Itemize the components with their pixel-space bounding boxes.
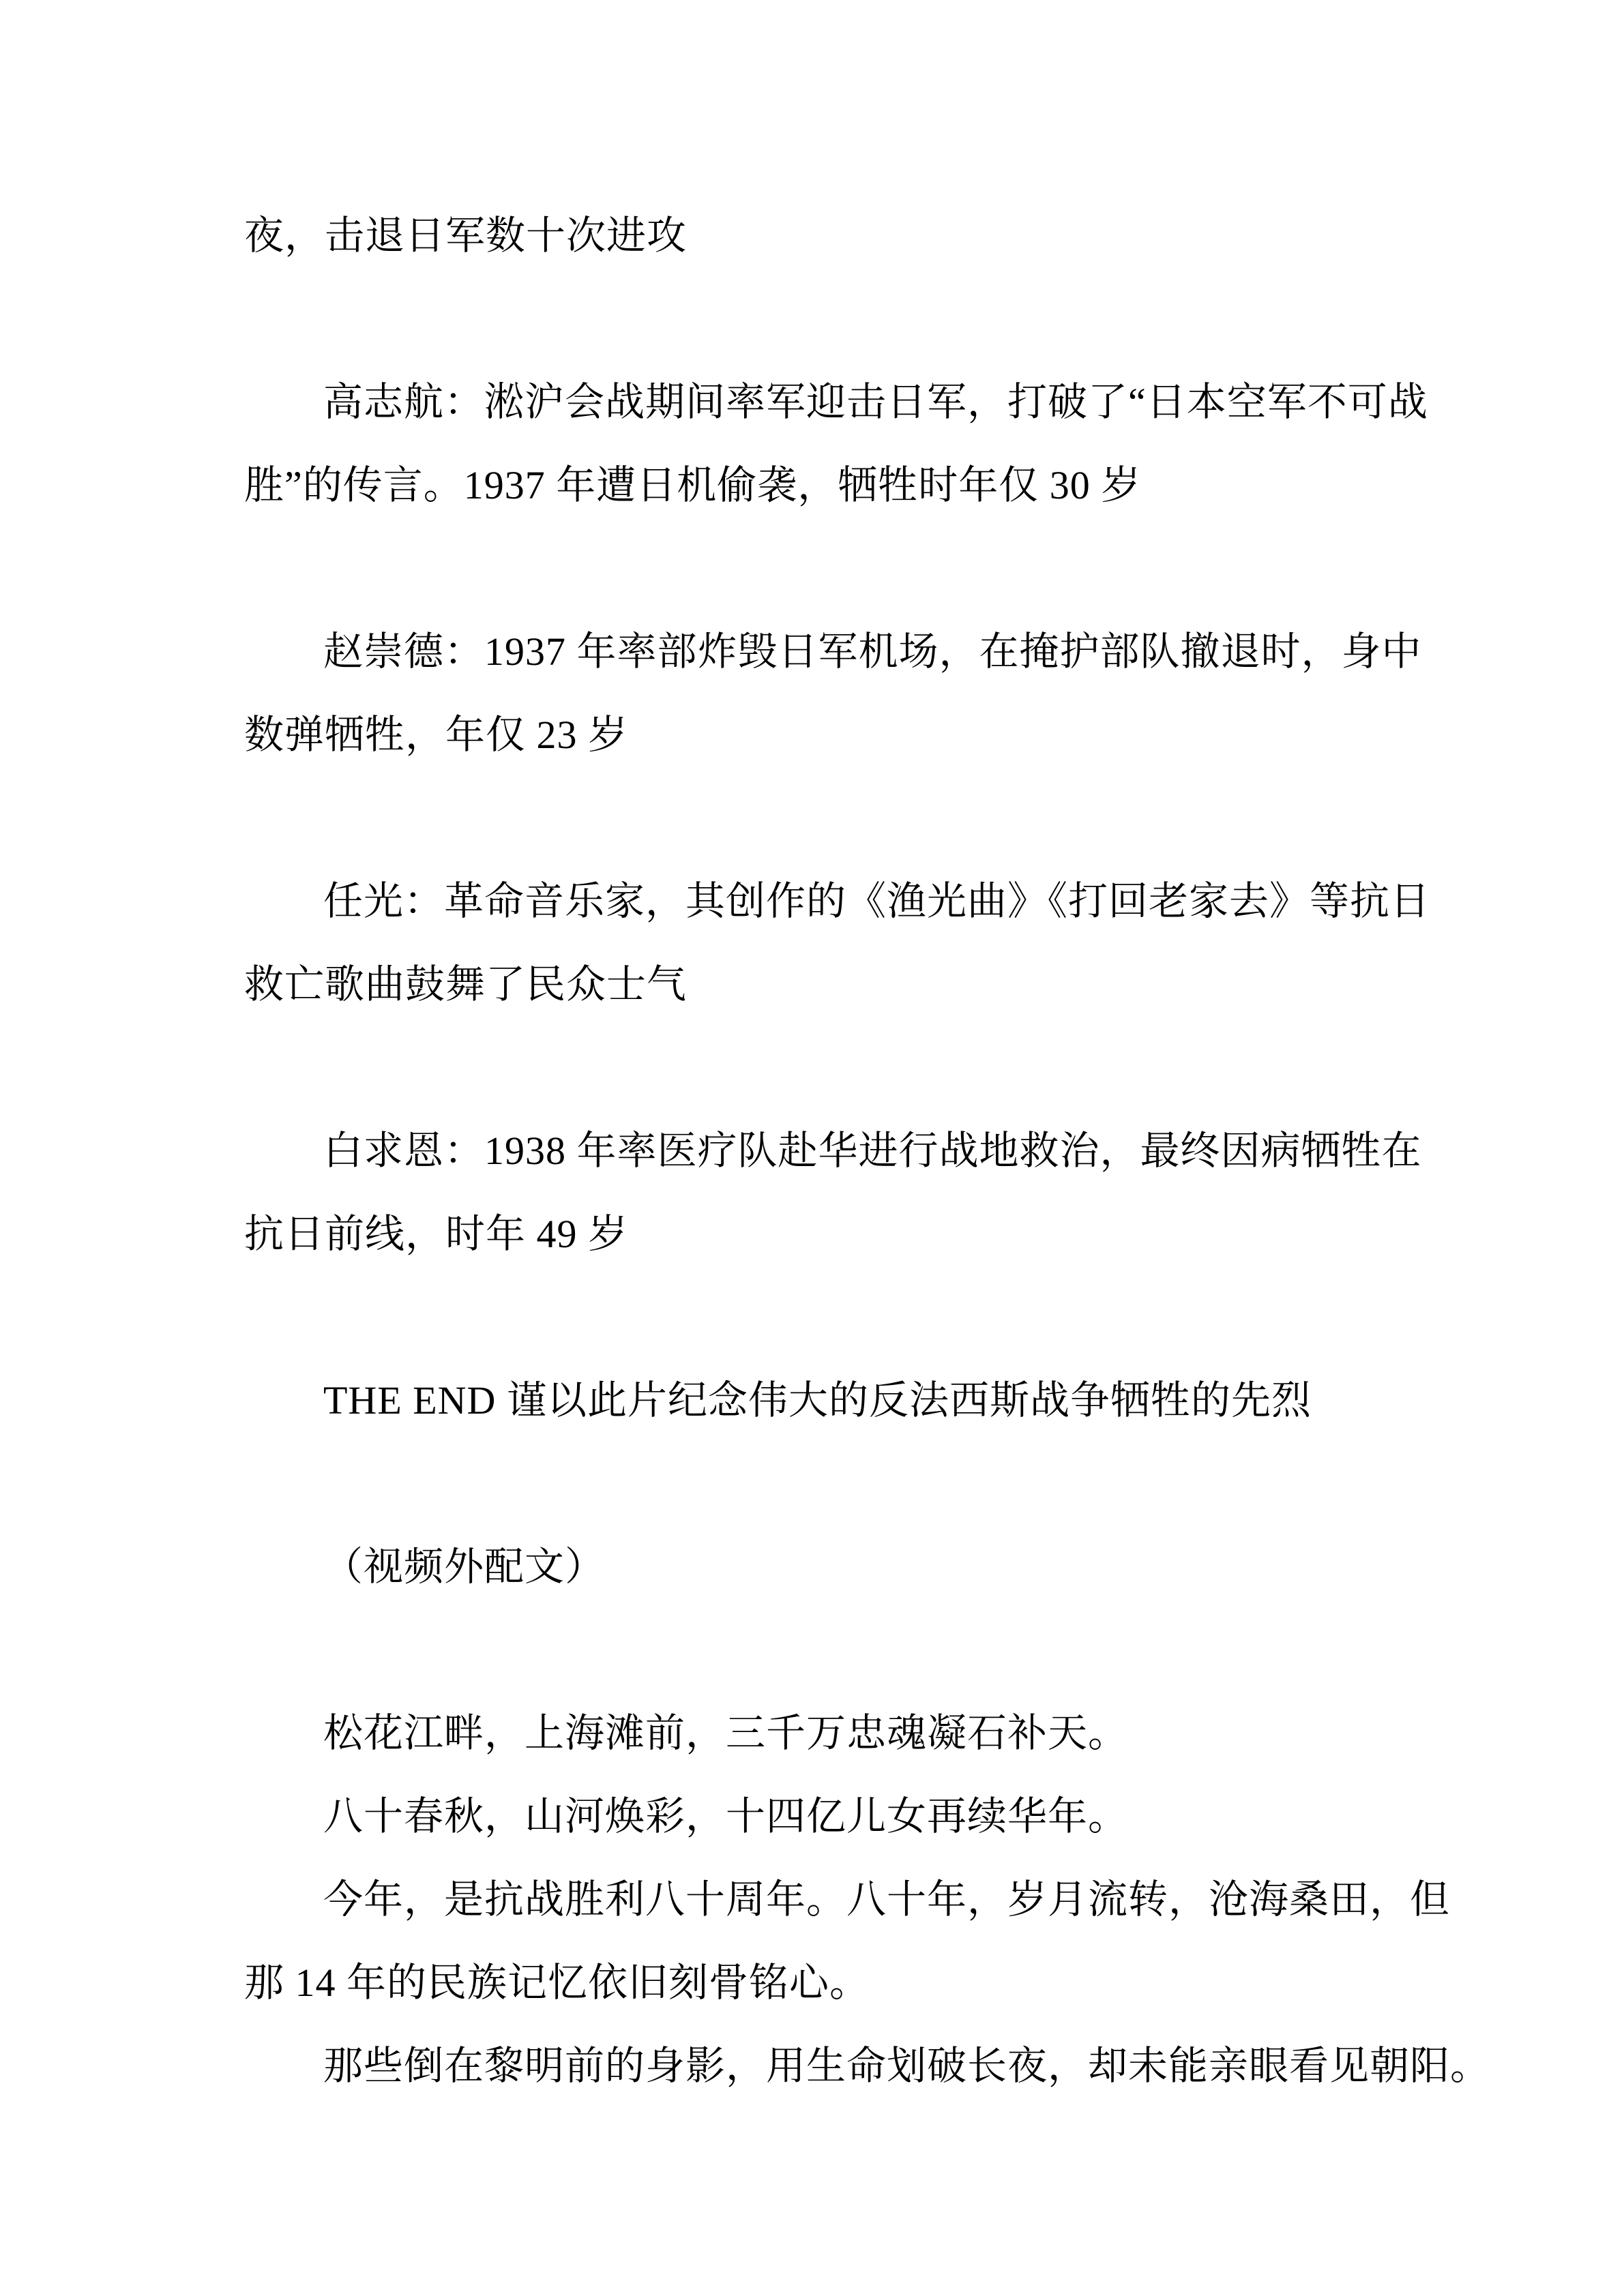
text-line: THE END 谨以此片纪念伟大的反法西斯战争牺牲的先烈 xyxy=(244,1359,1399,1442)
text-line: 夜，击退日军数十次进攻 xyxy=(244,194,1399,278)
text-line: （视频外配文） xyxy=(244,1525,1399,1609)
text-line: 任光：革命音乐家，其创作的《渔光曲》《打回老家去》等抗日 xyxy=(244,860,1399,943)
text-line: 松花江畔，上海滩前，三千万忠魂凝石补天。 xyxy=(244,1692,1399,1775)
text-line: 今年，是抗战胜利八十周年。八十年，岁月流转，沧海桑田，但 xyxy=(244,1858,1399,1941)
text-line: 高志航：淞沪会战期间率军迎击日军，打破了“日本空军不可战 xyxy=(244,361,1399,444)
text-line: 赵崇德：1937 年率部炸毁日军机场，在掩护部队撤退时，身中 xyxy=(244,610,1399,694)
text-line: 抗日前线，时年 49 岁 xyxy=(244,1193,1399,1276)
text-line: 八十春秋，山河焕彩，十四亿儿女再续华年。 xyxy=(244,1775,1399,1858)
text-line: 救亡歌曲鼓舞了民众士气 xyxy=(244,943,1399,1026)
text-line: 胜”的传言。1937 年遭日机偷袭，牺牲时年仅 30 岁 xyxy=(244,444,1399,527)
text-line: 数弹牺牲，年仅 23 岁 xyxy=(244,694,1399,777)
text-line: 那些倒在黎明前的身影，用生命划破长夜，却未能亲眼看见朝阳。 xyxy=(244,2025,1399,2108)
document-page: 夜，击退日军数十次进攻 高志航：淞沪会战期间率军迎击日军，打破了“日本空军不可战… xyxy=(0,0,1624,2296)
text-line: 白求恩：1938 年率医疗队赴华进行战地救治，最终因病牺牲在 xyxy=(244,1109,1399,1193)
page-background: { "page": { "width_px": 2381, "height_px… xyxy=(0,0,1624,2296)
text-line: 那 14 年的民族记忆依旧刻骨铭心。 xyxy=(244,1941,1399,2025)
